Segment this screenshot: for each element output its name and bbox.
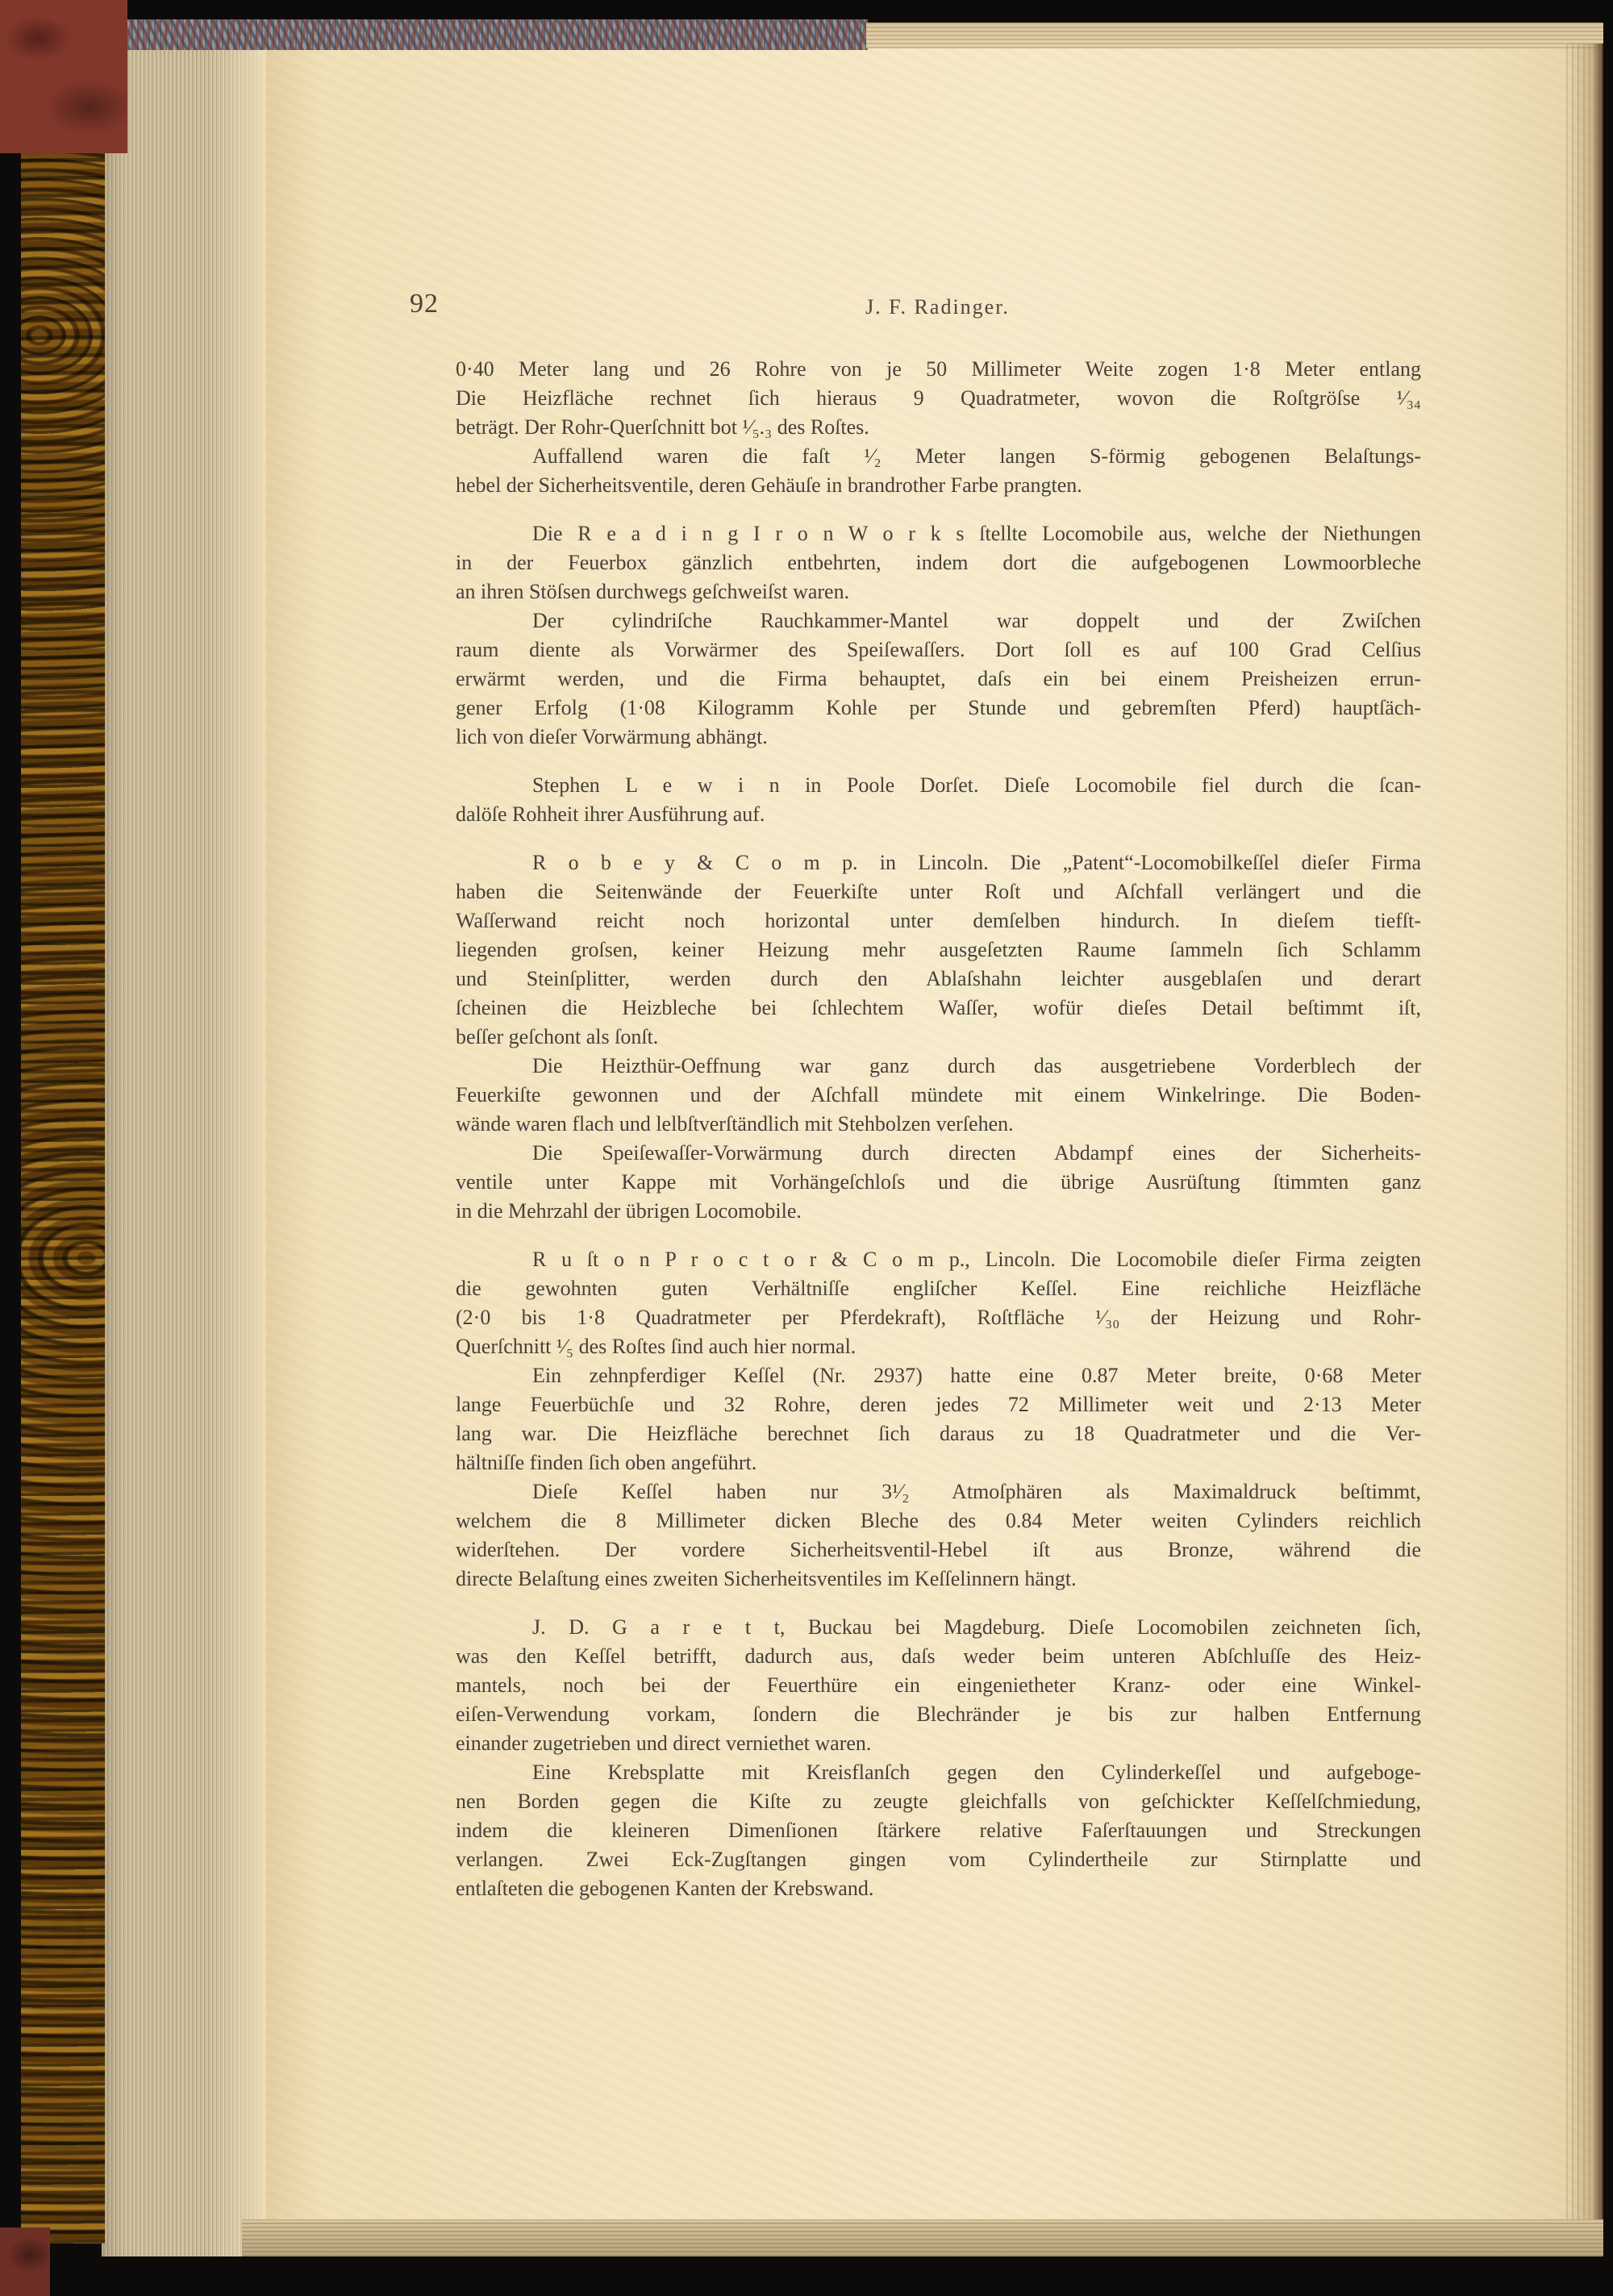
text-line: erwärmt werden, und die Firma behauptet,…	[456, 665, 1421, 694]
text-line: lich von dieſer Vorwärmung abhängt.	[456, 723, 1421, 752]
text-line: gener Erfolg (1·08 Kilogramm Kohle per S…	[456, 694, 1421, 723]
text-line: welchem die 8 Millimeter dicken Bleche d…	[456, 1506, 1421, 1536]
page-number: 92	[410, 289, 439, 319]
text-line: Der cylindriſche Rauchkammer-Mantel war …	[456, 606, 1421, 635]
text-line: haben die Seitenwände der Feuerkiſte unt…	[456, 877, 1421, 906]
text-line: raum diente als Vorwärmer des Speiſewaſſ…	[456, 635, 1421, 665]
text-line: in der Feuerbox gänzlich entbehrten, ind…	[456, 548, 1421, 577]
text-line: Die Heizthür-Oeffnung war ganz durch das…	[456, 1052, 1421, 1081]
text-line: indem die kleineren Dimenſionen ſtärkere…	[456, 1816, 1421, 1845]
paragraph: Stephen L e w i n in Poole Dorſet. Dieſe…	[456, 771, 1421, 829]
text-line: die gewohnten guten Verhältniſſe engliſc…	[456, 1274, 1421, 1303]
text-line: beſſer geſchont als ſonſt.	[456, 1023, 1421, 1052]
endpaper-marble-left	[21, 147, 105, 2244]
text-line: ventile unter Kappe mit Vorhängeſchloſs …	[456, 1168, 1421, 1197]
paragraph: Auffallend waren die faſt ¹⁄₂ Meter lang…	[456, 442, 1421, 500]
text-line: 0·40 Meter lang und 26 Rohre von je 50 M…	[456, 355, 1421, 384]
text-line: Die Heizfläche rechnet ſich hieraus 9 Qu…	[456, 384, 1421, 413]
paragraph: Der cylindriſche Rauchkammer-Mantel war …	[456, 606, 1421, 752]
text-line: J. D. G a r e t t, Buckau bei Magdeburg.…	[456, 1613, 1421, 1642]
text-line: Auffallend waren die faſt ¹⁄₂ Meter lang…	[456, 442, 1421, 471]
text-line: eiſen-Verwendung vorkam, ſondern die Ble…	[456, 1700, 1421, 1729]
text-line: wände waren flach und lelbſtverſtändlich…	[456, 1110, 1421, 1139]
text-line: entlaſteten die gebogenen Kanten der Kre…	[456, 1874, 1421, 1903]
text-line: Dieſe Keſſel haben nur 3¹⁄₂ Atmoſphären …	[456, 1477, 1421, 1506]
text-line: hältniſſe finden ſich oben angeführt.	[456, 1448, 1421, 1477]
text-line: beträgt. Der Rohr-Querſchnitt bot ¹⁄₅.₃ …	[456, 413, 1421, 442]
book-photo: 92 J. F. Radinger. 0·40 Meter lang und 2…	[0, 0, 1613, 2296]
text-line: verlangen. Zwei Eck-Zugſtangen gingen vo…	[456, 1845, 1421, 1874]
page-edge-top	[866, 23, 1603, 48]
text-line: Feuerkiſte gewonnen und der Aſchfall mün…	[456, 1081, 1421, 1110]
text-line: was den Keſſel betrifft, dadurch aus, da…	[456, 1642, 1421, 1671]
page-edge-marble-top	[103, 19, 868, 50]
text-line: Eine Krebsplatte mit Kreisflanſch gegen …	[456, 1758, 1421, 1787]
text-line: lange Feuerbüchſe und 32 Rohre, deren je…	[456, 1390, 1421, 1419]
paragraph: Dieſe Keſſel haben nur 3¹⁄₂ Atmoſphären …	[456, 1477, 1421, 1594]
text-line: R u ſt o n P r o c t o r & C o m p., Lin…	[456, 1245, 1421, 1274]
text-line: einander zugetrieben und direct vernieth…	[456, 1729, 1421, 1758]
page-edge-stack-left	[102, 42, 273, 2256]
paragraph: Die Heizthür-Oeffnung war ganz durch das…	[456, 1052, 1421, 1139]
text-line: Waſſerwand reicht noch horizontal unter …	[456, 906, 1421, 935]
text-line: an ihren Stöſsen durchwegs geſchweiſst w…	[456, 577, 1421, 606]
text-line: Die R e a d i n g I r o n W o r k s ſtel…	[456, 519, 1421, 548]
text-line: ſcheinen die Heizbleche bei ſchlechtem W…	[456, 994, 1421, 1023]
paragraph: Ein zehnpferdiger Keſſel (Nr. 2937) hatt…	[456, 1361, 1421, 1477]
paragraph: R o b e y & C o m p. in Lincoln. Die „Pa…	[456, 848, 1421, 1052]
paragraph: Die R e a d i n g I r o n W o r k s ſtel…	[456, 519, 1421, 606]
text-line: in die Mehrzahl der übrigen Locomobile.	[456, 1197, 1421, 1226]
text-line: widerſtehen. Der vordere Sicherheitsvent…	[456, 1536, 1421, 1565]
text-line: directe Belaſtung eines zweiten Sicherhe…	[456, 1565, 1421, 1594]
paragraph: Die Speiſewaſſer-Vorwärmung durch direct…	[456, 1139, 1421, 1226]
text-line: dalöſe Rohheit ihrer Ausführung auf.	[456, 800, 1421, 829]
text-line: lang war. Die Heizfläche berechnet ſich …	[456, 1419, 1421, 1448]
text-block: 0·40 Meter lang und 26 Rohre von je 50 M…	[456, 355, 1421, 1903]
text-line: (2·0 bis 1·8 Quadratmeter per Pferdekraf…	[456, 1303, 1421, 1332]
page-edge-right	[1566, 44, 1603, 2256]
page-edge-bottom	[242, 2219, 1603, 2256]
text-line: mantels, noch bei der Feuerthüre ein ein…	[456, 1671, 1421, 1700]
cover-corner-bottom	[0, 2227, 50, 2296]
text-line: hebel der Sicherheitsventile, deren Gehä…	[456, 471, 1421, 500]
running-header: J. F. Radinger.	[456, 295, 1419, 319]
text-line: Ein zehnpferdiger Keſſel (Nr. 2937) hatt…	[456, 1361, 1421, 1390]
text-line: Die Speiſewaſſer-Vorwärmung durch direct…	[456, 1139, 1421, 1168]
paragraph: Eine Krebsplatte mit Kreisflanſch gegen …	[456, 1758, 1421, 1903]
text-line: R o b e y & C o m p. in Lincoln. Die „Pa…	[456, 848, 1421, 877]
paragraph: J. D. G a r e t t, Buckau bei Magdeburg.…	[456, 1613, 1421, 1758]
cover-spine-top	[0, 0, 127, 153]
paragraph: 0·40 Meter lang und 26 Rohre von je 50 M…	[456, 355, 1421, 442]
text-line: Querſchnitt ¹⁄₅ des Roſtes ſind auch hie…	[456, 1332, 1421, 1361]
cover-edge-left	[0, 121, 27, 2296]
text-line: nen Borden gegen die Kiſte zu zeugte gle…	[456, 1787, 1421, 1816]
text-line: liegenden groſsen, keiner Heizung mehr a…	[456, 935, 1421, 965]
text-line: und Steinſplitter, werden durch den Abla…	[456, 965, 1421, 994]
text-line: Stephen L e w i n in Poole Dorſet. Dieſe…	[456, 771, 1421, 800]
paragraph: R u ſt o n P r o c t o r & C o m p., Lin…	[456, 1245, 1421, 1361]
